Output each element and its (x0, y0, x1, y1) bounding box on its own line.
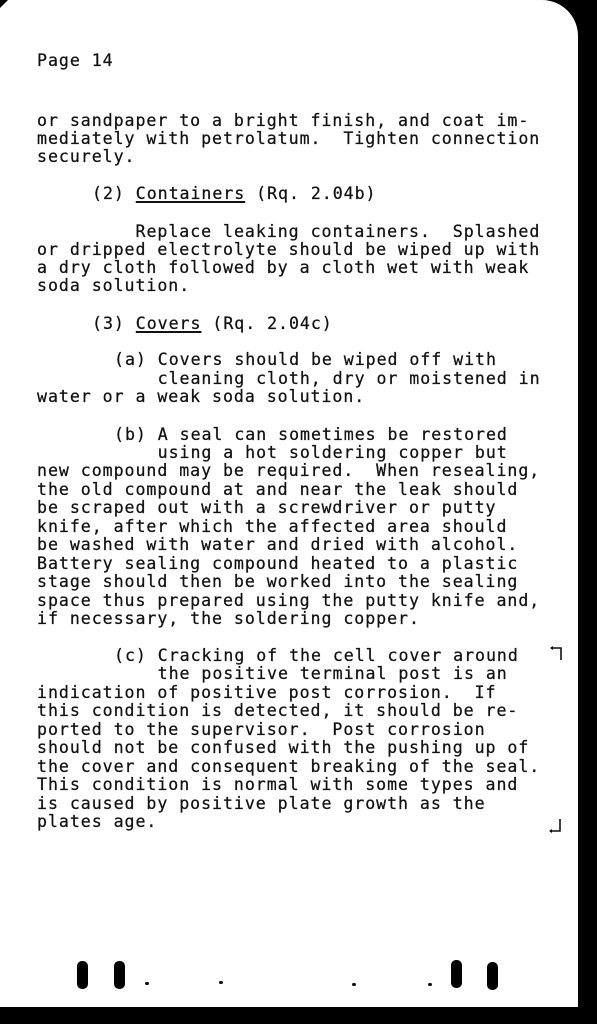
item-text: Covers should be wiped off with (158, 350, 497, 369)
paragraph-line: mediately with petrolatum. Tighten conne… (37, 130, 540, 148)
paragraph-line: indication of positive post corrosion. I… (37, 684, 497, 702)
paragraph-line: is caused by positive plate growth as th… (37, 795, 486, 813)
paragraph-line: water or a weak soda solution. (37, 388, 365, 406)
paragraph-line: cleaning cloth, dry or moistened in (92, 370, 541, 388)
paragraph-line: space thus prepared using the putty knif… (37, 592, 540, 610)
page-header: Page 14 (37, 52, 114, 70)
paragraph-line: stage should then be worked into the sea… (37, 573, 518, 591)
section-heading-containers: (2) Containers (Rq. 2.04b) (92, 185, 376, 203)
document-page: Page 14 or sandpaper to a bright finish,… (0, 0, 578, 1007)
scan-corner (0, 0, 8, 8)
paragraph-line: new compound may be required. When resea… (37, 462, 540, 480)
punch-hole (451, 960, 462, 988)
punch-hole (487, 962, 498, 990)
paragraph-line: this condition is detected, it should be… (37, 702, 518, 720)
section-number: (2) (92, 184, 125, 203)
paragraph-line: soda solution. (37, 277, 190, 295)
paragraph-line: be washed with water and dried with alco… (37, 536, 518, 554)
section-reference: (Rq. 2.04c) (212, 314, 332, 333)
item-text: Cracking of the cell cover around (158, 646, 519, 665)
item-c-first-line: (c) Cracking of the cell cover around (114, 647, 519, 665)
punch-hole (114, 961, 125, 989)
paragraph-line: ported to the supervisor. Post corrosion (37, 721, 486, 739)
section-number: (3) (92, 314, 125, 333)
bracket-end-mark-icon (549, 818, 561, 834)
paragraph-line: the positive terminal post is an (92, 665, 508, 683)
paragraph-line: a dry cloth followed by a cloth wet with… (37, 259, 529, 277)
paragraph-line: knife, after which the affected area sho… (37, 518, 507, 536)
paragraph-line: This condition is normal with some types… (37, 776, 518, 794)
paragraph-line: plates age. (37, 813, 157, 831)
paragraph-line: Replace leaking containers. Splashed (48, 223, 540, 241)
paragraph-line: should not be confused with the pushing … (37, 739, 529, 757)
item-label: (a) (114, 350, 147, 369)
section-heading-covers: (3) Covers (Rq. 2.04c) (92, 315, 333, 333)
item-label: (c) (114, 646, 147, 665)
paragraph-line: the cover and consequent breaking of the… (37, 758, 540, 776)
section-title: Covers (136, 314, 202, 333)
paragraph-line: or dripped electrolyte should be wiped u… (37, 241, 540, 259)
item-text: A seal can sometimes be restored (158, 425, 508, 444)
speck (219, 981, 223, 984)
paragraph-line: if necessary, the soldering copper. (37, 610, 420, 628)
paragraph-line: be scraped out with a screwdriver or put… (37, 499, 497, 517)
paragraph-line: the old compound at and near the leak sh… (37, 481, 518, 499)
punch-hole (77, 961, 88, 989)
item-label: (b) (114, 425, 147, 444)
paragraph-line: using a hot soldering copper but (92, 444, 508, 462)
section-title: Containers (136, 184, 245, 203)
speck (428, 983, 432, 986)
item-a-first-line: (a) Covers should be wiped off with (114, 351, 497, 369)
paragraph-line: securely. (37, 148, 135, 166)
speck (352, 983, 356, 986)
item-b-first-line: (b) A seal can sometimes be restored (114, 426, 508, 444)
paragraph-line: or sandpaper to a bright finish, and coa… (37, 112, 529, 130)
speck (145, 982, 149, 985)
bracket-start-mark-icon (550, 645, 562, 661)
section-reference: (Rq. 2.04b) (256, 184, 376, 203)
paragraph-line: Battery sealing compound heated to a pla… (37, 555, 518, 573)
